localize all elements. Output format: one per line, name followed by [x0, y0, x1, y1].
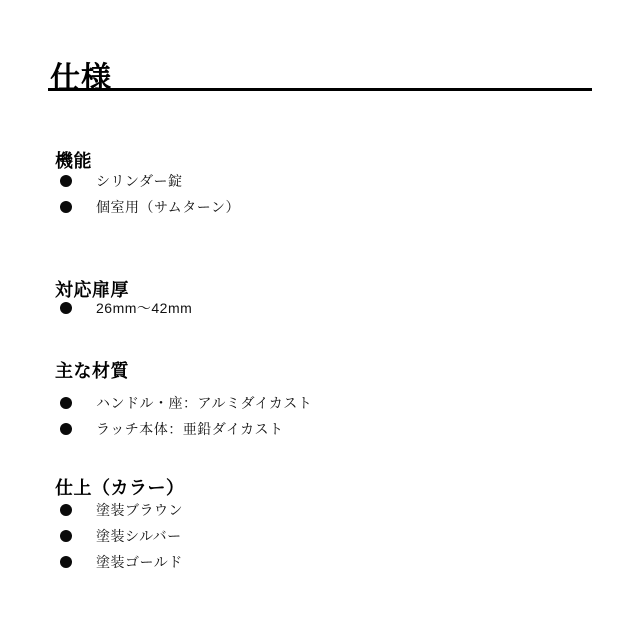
list-item: 26mm〜42mm: [60, 299, 192, 317]
list-item-label: ハンドル・座：アルミダイカスト: [96, 396, 312, 410]
list-item: ラッチ本体：亜鉛ダイカスト: [60, 420, 284, 438]
bullet-icon: [60, 201, 72, 213]
bullet-icon: [60, 504, 72, 516]
list-item: 塗装ゴールド: [60, 553, 183, 571]
list-item-label: 塗装シルバー: [96, 529, 182, 543]
bullet-icon: [60, 302, 72, 314]
list-item: シリンダー錠: [60, 172, 182, 190]
list-item: 塗装シルバー: [60, 527, 182, 545]
section-title-finish-color: 仕上（カラー）: [55, 479, 185, 497]
section-title-materials: 主な材質: [55, 362, 129, 380]
bullet-icon: [60, 397, 72, 409]
list-item-label: 26mm〜42mm: [96, 301, 192, 315]
spec-document-page: 仕様 機能 シリンダー錠 個室用（サムターン） 対応扉厚 26mm〜42mm 主…: [0, 0, 640, 640]
section-title-functions: 機能: [55, 152, 92, 170]
bullet-icon: [60, 423, 72, 435]
list-item-label: ラッチ本体：亜鉛ダイカスト: [96, 422, 284, 436]
title-divider: [48, 88, 592, 91]
list-item-label: 塗装ゴールド: [96, 555, 183, 569]
section-title-door-thickness: 対応扉厚: [55, 281, 129, 299]
bullet-icon: [60, 530, 72, 542]
list-item: 塗装ブラウン: [60, 501, 183, 519]
list-item: 個室用（サムターン）: [60, 198, 240, 216]
list-item: ハンドル・座：アルミダイカスト: [60, 394, 312, 412]
list-item-label: シリンダー錠: [96, 174, 182, 188]
list-item-label: 個室用（サムターン）: [96, 200, 240, 214]
list-item-label: 塗装ブラウン: [96, 503, 183, 517]
bullet-icon: [60, 556, 72, 568]
bullet-icon: [60, 175, 72, 187]
